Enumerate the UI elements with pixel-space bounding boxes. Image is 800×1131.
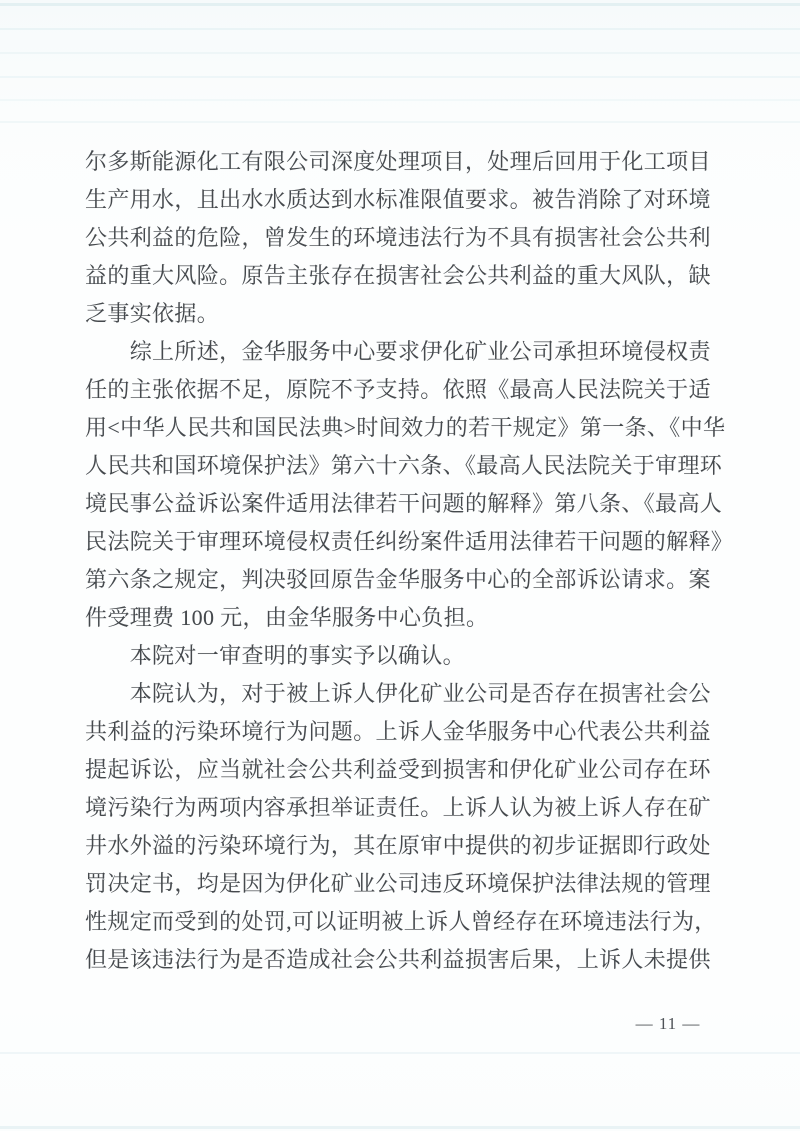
text-line: 生产用水，且出水水质达到水标准限值要求。被告消除了对环境 <box>85 181 730 219</box>
scan-artifact <box>0 121 800 123</box>
text-line: 件受理费 100 元，由金华服务中心负担。 <box>85 599 730 637</box>
text-line: 尔多斯能源化工有限公司深度处理项目，处理后回用于化工项目 <box>85 143 730 181</box>
paragraph: 尔多斯能源化工有限公司深度处理项目，处理后回用于化工项目生产用水，且出水水质达到… <box>85 143 730 333</box>
text-line: 公共利益的危险，曾发生的环境违法行为不具有损害社会公共利 <box>85 219 730 257</box>
scan-artifact <box>0 1126 800 1129</box>
text-line: 综上所述，金华服务中心要求伊化矿业公司承担环境侵权责 <box>85 333 730 371</box>
text-line: 人民共和国环境保护法》第六十六条、《最高人民法院关于审理环 <box>85 447 730 485</box>
text-line: 乏事实依据。 <box>85 295 730 333</box>
text-line: 本院认为，对于被上诉人伊化矿业公司是否存在损害社会公 <box>85 675 730 713</box>
scanned-document-page: 尔多斯能源化工有限公司深度处理项目，处理后回用于化工项目生产用水，且出水水质达到… <box>0 0 800 1131</box>
scan-artifact <box>0 28 800 30</box>
page-number: — 11 — <box>618 1013 718 1035</box>
text-line: 任的主张依据不足，原院不予支持。依照《最高人民法院关于适 <box>85 371 730 409</box>
text-line: 益的重大风险。原告主张存在损害社会公共利益的重大风队，缺 <box>85 257 730 295</box>
text-line: 提起诉讼，应当就社会公共利益受到损害和伊化矿业公司存在环 <box>85 751 730 789</box>
scan-artifact <box>0 52 800 54</box>
document-body: 尔多斯能源化工有限公司深度处理项目，处理后回用于化工项目生产用水，且出水水质达到… <box>85 143 730 979</box>
text-line: 井水外溢的污染环境行为，其在原审中提供的初步证据即行政处 <box>85 827 730 865</box>
text-line: 民法院关于审理环境侵权责任纠纷案件适用法律若干问题的解释》 <box>85 523 730 561</box>
scan-artifact <box>0 76 800 78</box>
text-line: 境污染行为两项内容承担举证责任。上诉人认为被上诉人存在矿 <box>85 789 730 827</box>
scan-artifact <box>0 99 800 101</box>
paragraph: 本院认为，对于被上诉人伊化矿业公司是否存在损害社会公共利益的污染环境行为问题。上… <box>85 675 730 979</box>
scan-artifact <box>0 1052 800 1054</box>
text-line: 性规定而受到的处罚,可以证明被上诉人曾经存在环境违法行为， <box>85 903 730 941</box>
paragraph: 综上所述，金华服务中心要求伊化矿业公司承担环境侵权责任的主张依据不足，原院不予支… <box>85 333 730 637</box>
text-line: 但是该违法行为是否造成社会公共利益损害后果，上诉人未提供 <box>85 941 730 979</box>
text-line: 罚决定书，均是因为伊化矿业公司违反环境保护法律法规的管理 <box>85 865 730 903</box>
text-line: 第六条之规定，判决驳回原告金华服务中心的全部诉讼请求。案 <box>85 561 730 599</box>
text-line: 共利益的污染环境行为问题。上诉人金华服务中心代表公共利益 <box>85 713 730 751</box>
text-line: 境民事公益诉讼案件适用法律若干问题的解释》第八条、《最高人 <box>85 485 730 523</box>
paragraph: 本院对一审查明的事实予以确认。 <box>85 637 730 675</box>
text-line: 用<中华人民共和国民法典>时间效力的若干规定》第一条、《中华 <box>85 409 730 447</box>
text-line: 本院对一审查明的事实予以确认。 <box>85 637 730 675</box>
scan-artifact <box>0 3 800 6</box>
